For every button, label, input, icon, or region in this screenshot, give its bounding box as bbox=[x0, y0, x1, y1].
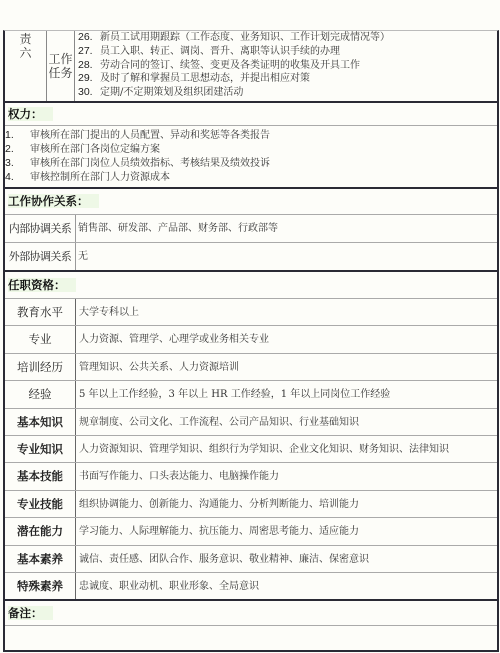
duty-item-text: 劳动合同的签订、续签、变更及各类证明的收集及开具工作 bbox=[100, 60, 360, 71]
duty-category-cell: 责 六 bbox=[5, 31, 47, 101]
power-item: 1.审核所在部门提出的人员配置、异动和奖惩等各类报告 bbox=[5, 128, 497, 142]
notes-heading: 备注： bbox=[5, 599, 497, 625]
power-item: 2.审核所在部门各岗位定编方案 bbox=[5, 142, 497, 156]
power-item-number: 1. bbox=[5, 128, 30, 142]
duty-item-text: 员工入职、转正、调岗、晋升、离职等认识手续的办理 bbox=[100, 46, 340, 57]
duty-item-number: 28. bbox=[78, 59, 100, 73]
power-item: 4.审核控制所在部门人力资源成本 bbox=[5, 170, 497, 184]
duty-item: 28.劳动合同的签订、续签、变更及各类证明的收集及开具工作 bbox=[78, 59, 497, 73]
power-item-text: 审核所在部门岗位人员绩效指标、考核结果及绩效投诉 bbox=[30, 158, 270, 169]
duty-item: 27.员工入职、转正、调岗、晋升、离职等认识手续的办理 bbox=[78, 45, 497, 59]
relation-row-external: 外部协调关系 无 bbox=[5, 242, 497, 270]
qualification-row: 经验5 年以上工作经验，3 年以上 HR 工作经验，1 年以上同岗位工作经验 bbox=[5, 380, 497, 407]
power-item-number: 4. bbox=[5, 170, 30, 184]
powers-title: 权力： bbox=[8, 107, 53, 121]
qualification-label: 经验 bbox=[5, 381, 76, 407]
qualification-value: 忠诚度、职业动机、职业形象、全局意识 bbox=[76, 573, 497, 599]
power-item-text: 审核所在部门各岗位定编方案 bbox=[30, 144, 160, 155]
duty-category-line: 六 bbox=[5, 46, 46, 60]
duty-item-number: 26. bbox=[78, 31, 100, 45]
duty-category-line: 责 bbox=[5, 32, 46, 46]
notes-content bbox=[5, 625, 497, 650]
qualifications-heading: 任职资格： bbox=[5, 270, 497, 298]
power-item: 3.审核所在部门岗位人员绩效指标、考核结果及绩效投诉 bbox=[5, 156, 497, 170]
qualification-label: 培训经历 bbox=[5, 354, 76, 380]
power-item-text: 审核控制所在部门人力资源成本 bbox=[30, 172, 170, 183]
qualification-value: 大学专科以上 bbox=[76, 299, 497, 325]
qualification-value: 管理知识、公共关系、人力资源培训 bbox=[76, 354, 497, 380]
relation-value: 无 bbox=[76, 243, 497, 270]
notes-title: 备注： bbox=[8, 606, 53, 620]
qualification-row: 培训经历管理知识、公共关系、人力资源培训 bbox=[5, 353, 497, 380]
duty-item-number: 30. bbox=[78, 86, 100, 100]
qualifications-title: 任职资格： bbox=[8, 278, 76, 292]
qualification-row: 专业技能组织协调能力、创新能力、沟通能力、分析判断能力、培训能力 bbox=[5, 490, 497, 517]
qualification-row: 基本知识规章制度、公司文化、工作流程、公司产品知识、行业基础知识 bbox=[5, 408, 497, 435]
qualification-value: 学习能力、人际理解能力、抗压能力、周密思考能力、适应能力 bbox=[76, 518, 497, 544]
duty-item-text: 新员工试用期跟踪（工作态度、业务知识、工作计划完成情况等） bbox=[100, 32, 390, 43]
duty-subcategory-line: 任务 bbox=[48, 66, 72, 80]
qualification-row: 潜在能力学习能力、人际理解能力、抗压能力、周密思考能力、适应能力 bbox=[5, 517, 497, 544]
qualification-value: 人力资源知识、管理学知识、组织行为学知识、企业文化知识、财务知识、法律知识 bbox=[76, 436, 497, 462]
powers-heading: 权力： bbox=[5, 101, 497, 125]
qualification-label: 基本知识 bbox=[5, 409, 76, 435]
duty-item: 29.及时了解和掌握员工思想动态，并提出相应对策 bbox=[78, 72, 497, 86]
relation-row-internal: 内部协调关系 销售部、研发部、产品部、财务部、行政部等 bbox=[5, 214, 497, 242]
duty-item-text: 定期/不定期策划及组织团建活动 bbox=[100, 87, 243, 98]
power-item-number: 2. bbox=[5, 142, 30, 156]
duty-item: 26.新员工试用期跟踪（工作态度、业务知识、工作计划完成情况等） bbox=[78, 31, 497, 45]
power-item-text: 审核所在部门提出的人员配置、异动和奖惩等各类报告 bbox=[30, 130, 270, 141]
qualification-label: 基本素养 bbox=[5, 546, 76, 572]
relation-label: 内部协调关系 bbox=[5, 215, 76, 242]
qualification-value: 诚信、责任感、团队合作、服务意识、敬业精神、廉洁、保密意识 bbox=[76, 546, 497, 572]
relations-title: 工作协作关系： bbox=[8, 194, 99, 208]
qualification-label: 专业 bbox=[5, 326, 76, 352]
qualification-value: 书面写作能力、口头表达能力、电脑操作能力 bbox=[76, 463, 497, 489]
qualification-value: 人力资源、管理学、心理学或业务相关专业 bbox=[76, 326, 497, 352]
qualification-label: 潜在能力 bbox=[5, 518, 76, 544]
power-item-number: 3. bbox=[5, 156, 30, 170]
powers-list: 1.审核所在部门提出的人员配置、异动和奖惩等各类报告 2.审核所在部门各岗位定编… bbox=[5, 125, 497, 187]
duty-item-text: 及时了解和掌握员工思想动态，并提出相应对策 bbox=[100, 73, 310, 84]
relations-heading: 工作协作关系： bbox=[5, 187, 497, 214]
qualification-row: 专业人力资源、管理学、心理学或业务相关专业 bbox=[5, 325, 497, 352]
duty-items: 26.新员工试用期跟踪（工作态度、业务知识、工作计划完成情况等） 27.员工入职… bbox=[75, 31, 497, 101]
duty-item-number: 27. bbox=[78, 45, 100, 59]
qualification-value: 规章制度、公司文化、工作流程、公司产品知识、行业基础知识 bbox=[76, 409, 497, 435]
qualification-label: 专业知识 bbox=[5, 436, 76, 462]
qualification-row: 特殊素养忠诚度、职业动机、职业形象、全局意识 bbox=[5, 572, 497, 599]
qualification-label: 教育水平 bbox=[5, 299, 76, 325]
duties-section: 责 六 工作 任务 26.新员工试用期跟踪（工作态度、业务知识、工作计划完成情况… bbox=[5, 31, 497, 101]
qualification-value: 组织协调能力、创新能力、沟通能力、分析判断能力、培训能力 bbox=[76, 491, 497, 517]
relation-value: 销售部、研发部、产品部、财务部、行政部等 bbox=[76, 215, 497, 242]
qualification-label: 基本技能 bbox=[5, 463, 76, 489]
job-description-sheet: 责 六 工作 任务 26.新员工试用期跟踪（工作态度、业务知识、工作计划完成情况… bbox=[3, 30, 499, 652]
qualification-label: 特殊素养 bbox=[5, 573, 76, 599]
qualification-label: 专业技能 bbox=[5, 491, 76, 517]
qualification-row: 基本技能书面写作能力、口头表达能力、电脑操作能力 bbox=[5, 462, 497, 489]
duty-subcategory-cell: 工作 任务 bbox=[47, 31, 75, 101]
duty-item: 30.定期/不定期策划及组织团建活动 bbox=[78, 86, 497, 100]
qualification-row: 专业知识人力资源知识、管理学知识、组织行为学知识、企业文化知识、财务知识、法律知… bbox=[5, 435, 497, 462]
qualification-row: 基本素养诚信、责任感、团队合作、服务意识、敬业精神、廉洁、保密意识 bbox=[5, 545, 497, 572]
duty-subcategory-line: 工作 bbox=[48, 52, 72, 66]
relation-label: 外部协调关系 bbox=[5, 243, 76, 270]
qualification-row: 教育水平大学专科以上 bbox=[5, 298, 497, 325]
qualification-value: 5 年以上工作经验，3 年以上 HR 工作经验，1 年以上同岗位工作经验 bbox=[76, 381, 497, 407]
duty-item-number: 29. bbox=[78, 72, 100, 86]
